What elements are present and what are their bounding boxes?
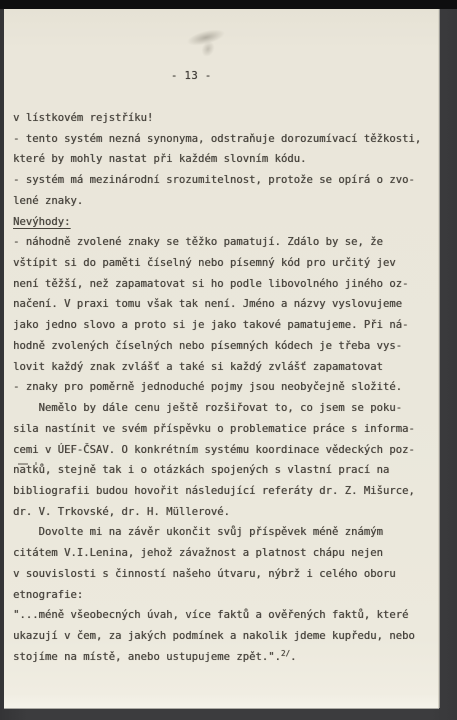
text-line: vštípit si do paměti číselný nebo písemn… bbox=[13, 253, 437, 274]
correction-mark bbox=[35, 462, 37, 465]
text-line: natků, stejně tak i o otázkách spojených… bbox=[13, 460, 437, 481]
text-line: které by mohly nastat při každém slovním… bbox=[13, 149, 437, 170]
text-line: jako jedno slovo a proto si je jako tako… bbox=[13, 315, 437, 336]
text-line: citátem V.I.Lenina, jehož závažnost a pl… bbox=[13, 543, 437, 564]
text-line: lovit každý znak zvlášť a také si každý … bbox=[13, 357, 437, 378]
text-line: cemi v ÚEF-ČSAV. O konkrétním systému ko… bbox=[13, 440, 437, 461]
text-line: - tento systém nezná synonyma, odstraňuj… bbox=[13, 129, 437, 150]
text-line: dr. V. Trkovské, dr. H. Müllerové. bbox=[13, 502, 437, 523]
text-line: - náhodně zvolené znaky se těžko pamatuj… bbox=[13, 232, 437, 253]
text-line: v souvislosti s činností našeho útvaru, … bbox=[13, 564, 437, 585]
text-line: "...méně všeobecných úvah, více faktů a … bbox=[13, 605, 437, 626]
text-line: - znaky pro poměrně jednoduché pojmy jso… bbox=[13, 377, 437, 398]
text-lines: v lístkovém rejstříku!- tento systém nez… bbox=[13, 108, 437, 667]
text-line: není těžší, než zapamatovat si ho podle … bbox=[13, 274, 437, 295]
text-line: sila nastínit ve svém příspěvku o proble… bbox=[13, 419, 437, 440]
text-line: Nevýhody: bbox=[13, 212, 437, 233]
footnote-reference: 2/ bbox=[281, 649, 290, 658]
text-line: v lístkovém rejstříku! bbox=[13, 108, 437, 129]
text-line: ukazují v čem, za jakých podmínek a nako… bbox=[13, 626, 437, 647]
text-line: Dovolte mi na závěr ukončit svůj příspěv… bbox=[13, 522, 437, 543]
correction-mark bbox=[18, 463, 28, 465]
page-number: - 13 - bbox=[171, 70, 212, 82]
text-line: etnografie: bbox=[13, 585, 437, 606]
text-line: načení. V praxi tomu však tak není. Jmén… bbox=[13, 294, 437, 315]
text-line: bibliografii budou hovořit následující r… bbox=[13, 481, 437, 502]
text-line: lené znaky. bbox=[13, 191, 437, 212]
text-line: hodně zvolených číselných nebo písemných… bbox=[13, 336, 437, 357]
text-line: - systém má mezinárodní srozumitelnost, … bbox=[13, 170, 437, 191]
text-line: stojíme na místě, anebo ustupujeme zpět.… bbox=[13, 647, 437, 668]
scan-top-strip bbox=[0, 0, 457, 9]
scan-background: - 13 - v lístkovém rejstříku!- tento sys… bbox=[0, 0, 457, 720]
paper-sheet: - 13 - v lístkovém rejstříku!- tento sys… bbox=[4, 9, 439, 708]
text-line: Nemělo by dále cenu ještě rozšiřovat to,… bbox=[13, 398, 437, 419]
